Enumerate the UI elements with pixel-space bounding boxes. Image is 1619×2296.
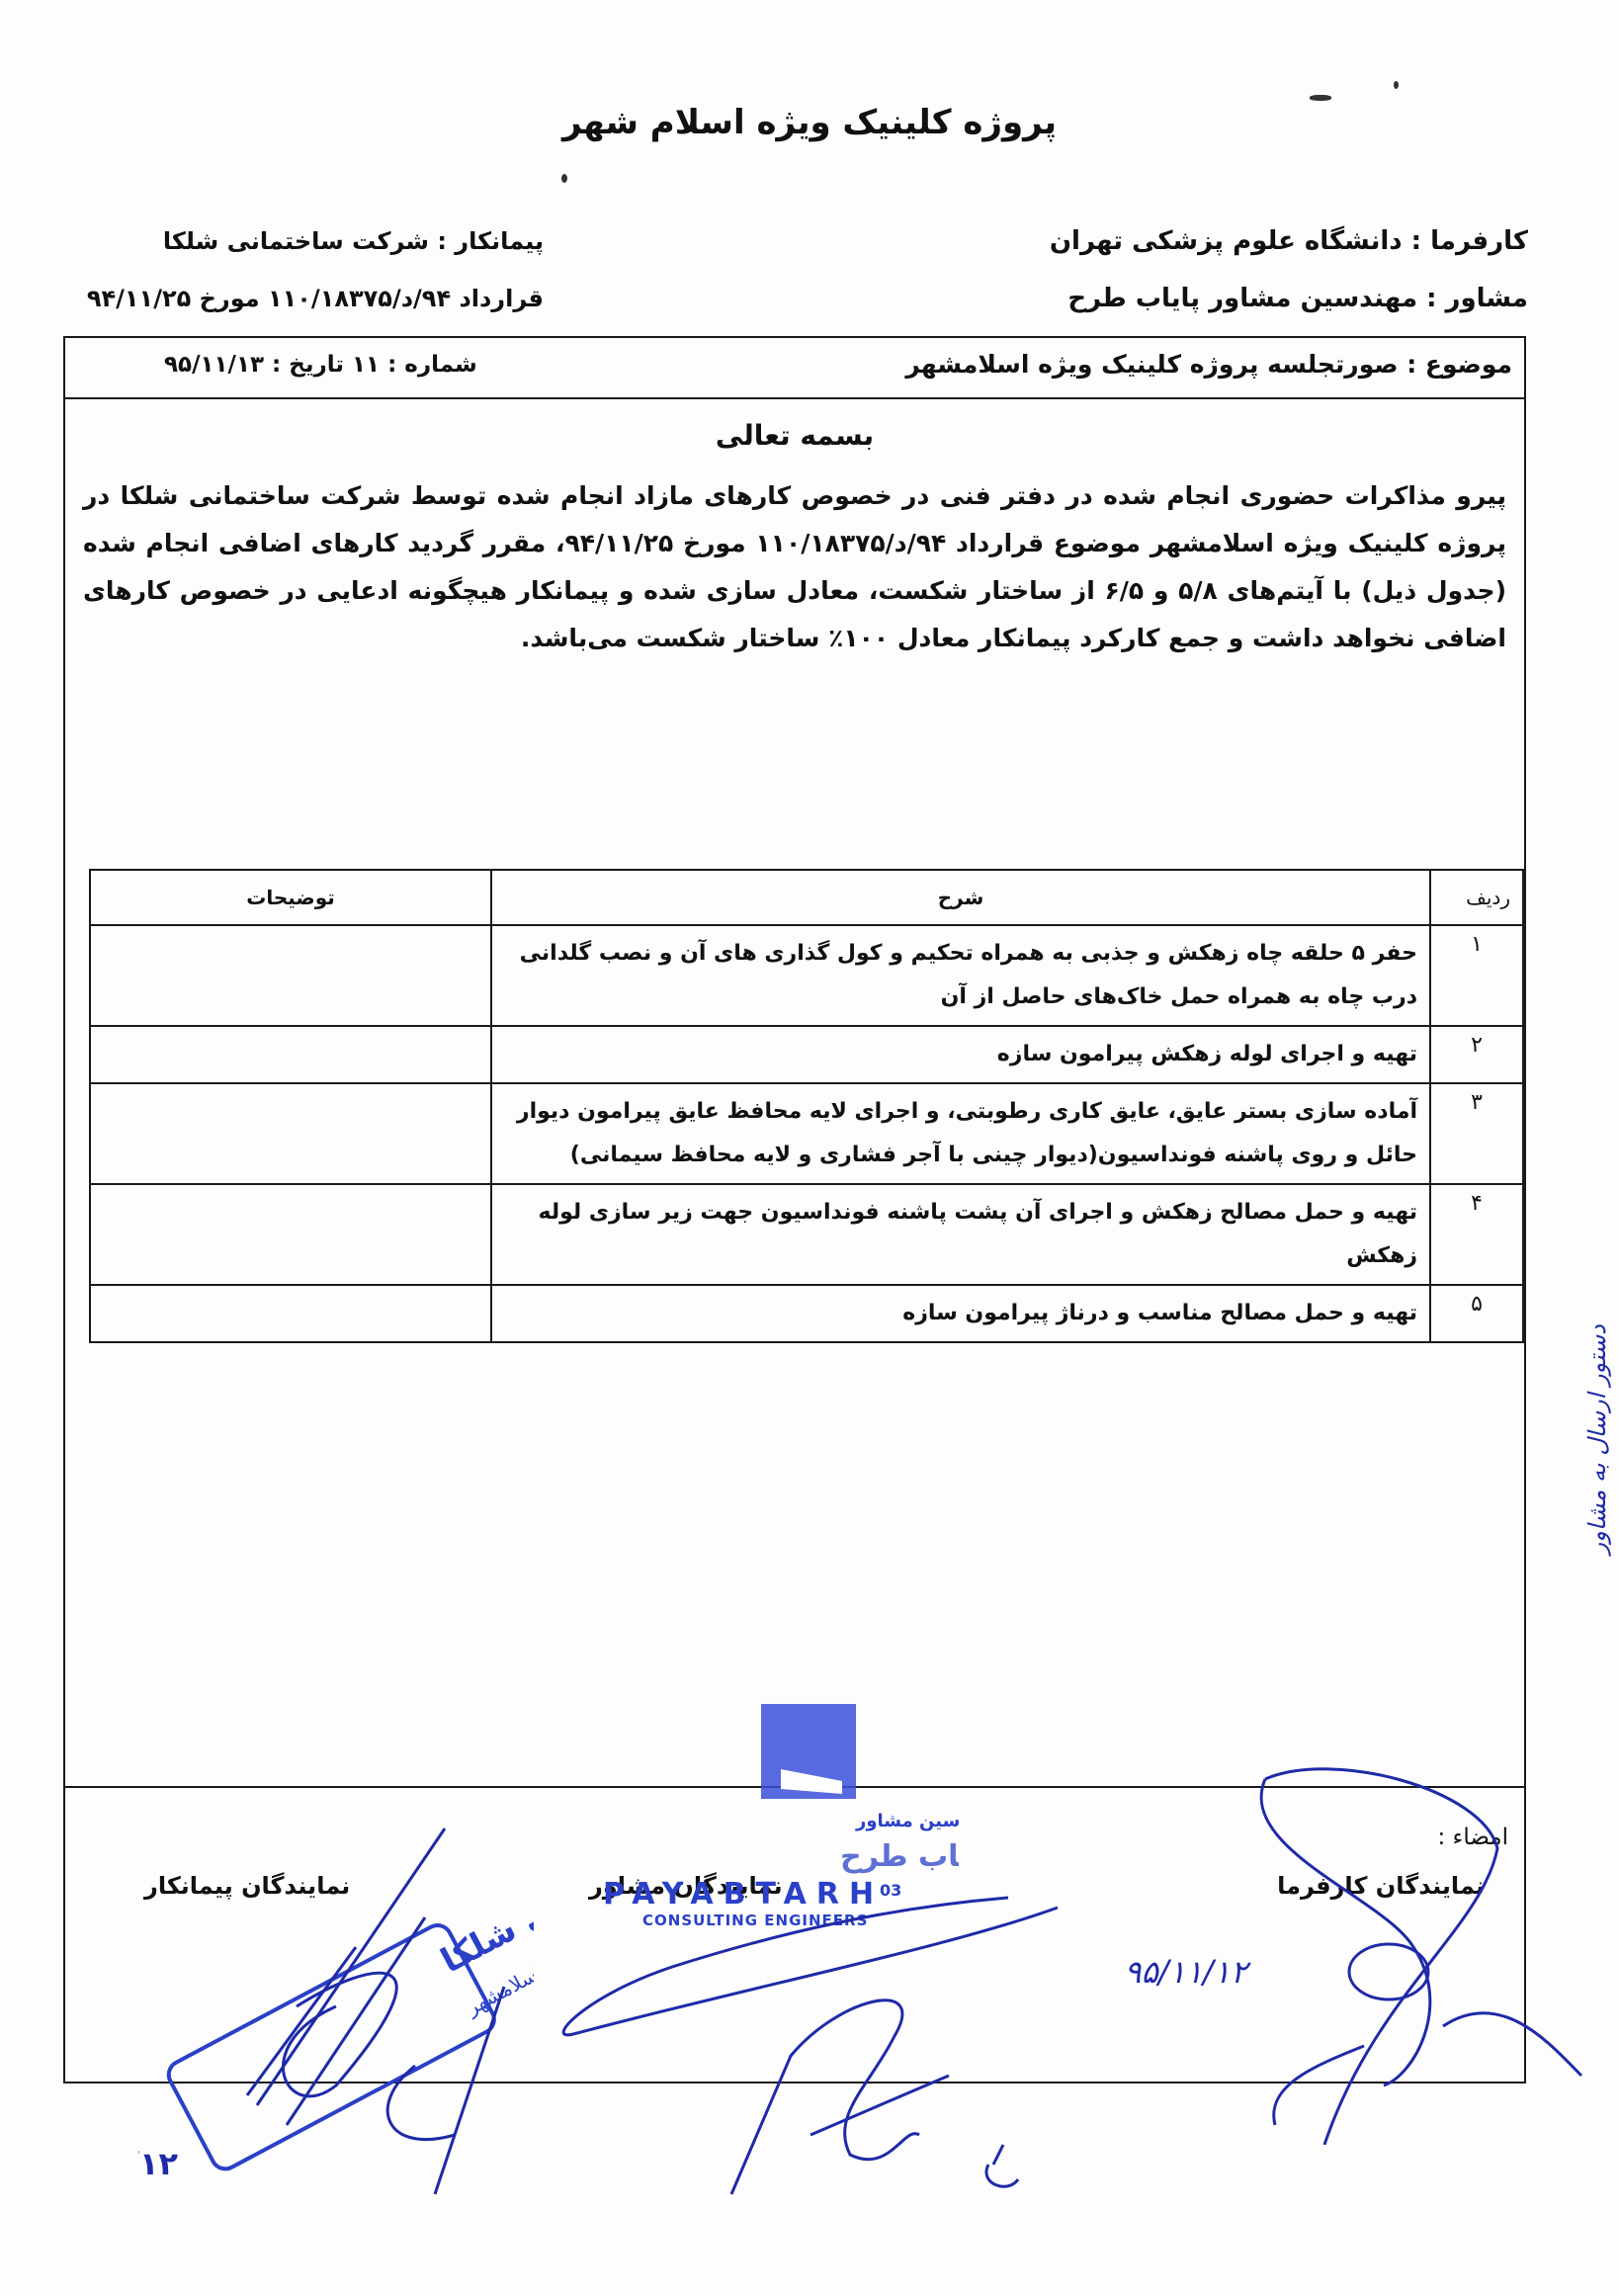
consultant-reps-label: نمایندگان مشاور: [589, 1872, 783, 1900]
column-header-description: شرح: [491, 870, 1430, 925]
row-description: تهیه و اجرای لوله زهکش پیرامون سازه: [491, 1026, 1430, 1083]
row-notes: [90, 1184, 491, 1285]
employer-line: کارفرما : دانشگاه علوم پزشکی تهران: [1050, 213, 1528, 270]
row-description: تهیه و حمل مصالح زهکش و اجرای آن پشت پاش…: [491, 1184, 1430, 1285]
signature-divider: [65, 1786, 1524, 1788]
row-notes: [90, 1083, 491, 1184]
number-date-line: شماره : ۱۱ تاریخ : ۹۵/۱۱/۱۳: [164, 352, 477, 378]
minutes-frame: موضوع : صورتجلسه پروژه کلینیک ویژه اسلام…: [63, 336, 1526, 2083]
employer-reps-label: نمایندگان کارفرما: [1277, 1872, 1485, 1900]
contractor-handwritten-date: ۹۵/۱۱/۱۲: [138, 2145, 178, 2182]
row-description: حفر ۵ حلقه چاه زهکش و جذبی به همراه تحکی…: [491, 925, 1430, 1026]
table-row: ۲ تهیه و اجرای لوله زهکش پیرامون سازه: [90, 1026, 1523, 1083]
contractor-reps-label: نمایندگان پیمانکار: [144, 1872, 350, 1900]
row-description: آماده سازی بستر عایق، عایق کاری رطوبتی، …: [491, 1083, 1430, 1184]
row-notes: [90, 1285, 491, 1342]
items-table: ردیف شرح توضیحات ۱ حفر ۵ حلقه چاه زهکش و…: [89, 869, 1524, 1343]
bismillah-heading: بسمه تعالی: [65, 419, 1524, 452]
consultant-line: مشاور : مهندسین مشاور پایاب طرح: [1050, 270, 1528, 327]
header-contract: پیمانکار : شرکت ساختمانی شلکا قرارداد ۹۴…: [69, 213, 544, 327]
header-parties: کارفرما : دانشگاه علوم پزشکی تهران مشاور…: [1050, 213, 1528, 327]
document-title: پروژه کلینیک ویژه اسلام شهر: [0, 103, 1619, 142]
subject-line: موضوع : صورتجلسه پروژه کلینیک ویژه اسلام…: [905, 350, 1512, 379]
scan-speck: [1394, 81, 1399, 89]
table-header-row: ردیف شرح توضیحات: [90, 870, 1523, 925]
signature-label: امضاء :: [1437, 1825, 1508, 1850]
row-index: ۳: [1430, 1083, 1523, 1184]
row-notes: [90, 925, 491, 1026]
row-description: تهیه و حمل مصالح مناسب و درناژ پیرامون س…: [491, 1285, 1430, 1342]
row-notes: [90, 1026, 491, 1083]
column-header-notes: توضیحات: [90, 870, 491, 925]
table-row: ۳ آماده سازی بستر عایق، عایق کاری رطوبتی…: [90, 1083, 1523, 1184]
column-header-index: ردیف: [1430, 870, 1523, 925]
table-row: ۵ تهیه و حمل مصالح مناسب و درناژ پیرامون…: [90, 1285, 1523, 1342]
table-row: ۴ تهیه و حمل مصالح زهکش و اجرای آن پشت پ…: [90, 1184, 1523, 1285]
margin-handwritten-note: دستور ارسال به مشاور: [1583, 1324, 1611, 1554]
row-index: ۵: [1430, 1285, 1523, 1342]
subject-row: موضوع : صورتجلسه پروژه کلینیک ویژه اسلام…: [65, 338, 1524, 399]
scan-speck: [1310, 95, 1331, 101]
row-index: ۲: [1430, 1026, 1523, 1083]
row-index: ۱: [1430, 925, 1523, 1026]
contract-line: قرارداد ۹۴/د/۱۱۰/۱۸۳۷۵ مورخ ۹۴/۱۱/۲۵: [69, 270, 544, 327]
row-index: ۴: [1430, 1184, 1523, 1285]
table-row: ۱ حفر ۵ حلقه چاه زهکش و جذبی به همراه تح…: [90, 925, 1523, 1026]
body-paragraph: پیرو مذاکرات حضوری انجام شده در دفتر فنی…: [83, 472, 1506, 662]
contractor-line: پیمانکار : شرکت ساختمانی شلکا: [69, 213, 544, 270]
scan-speck: [561, 174, 567, 183]
